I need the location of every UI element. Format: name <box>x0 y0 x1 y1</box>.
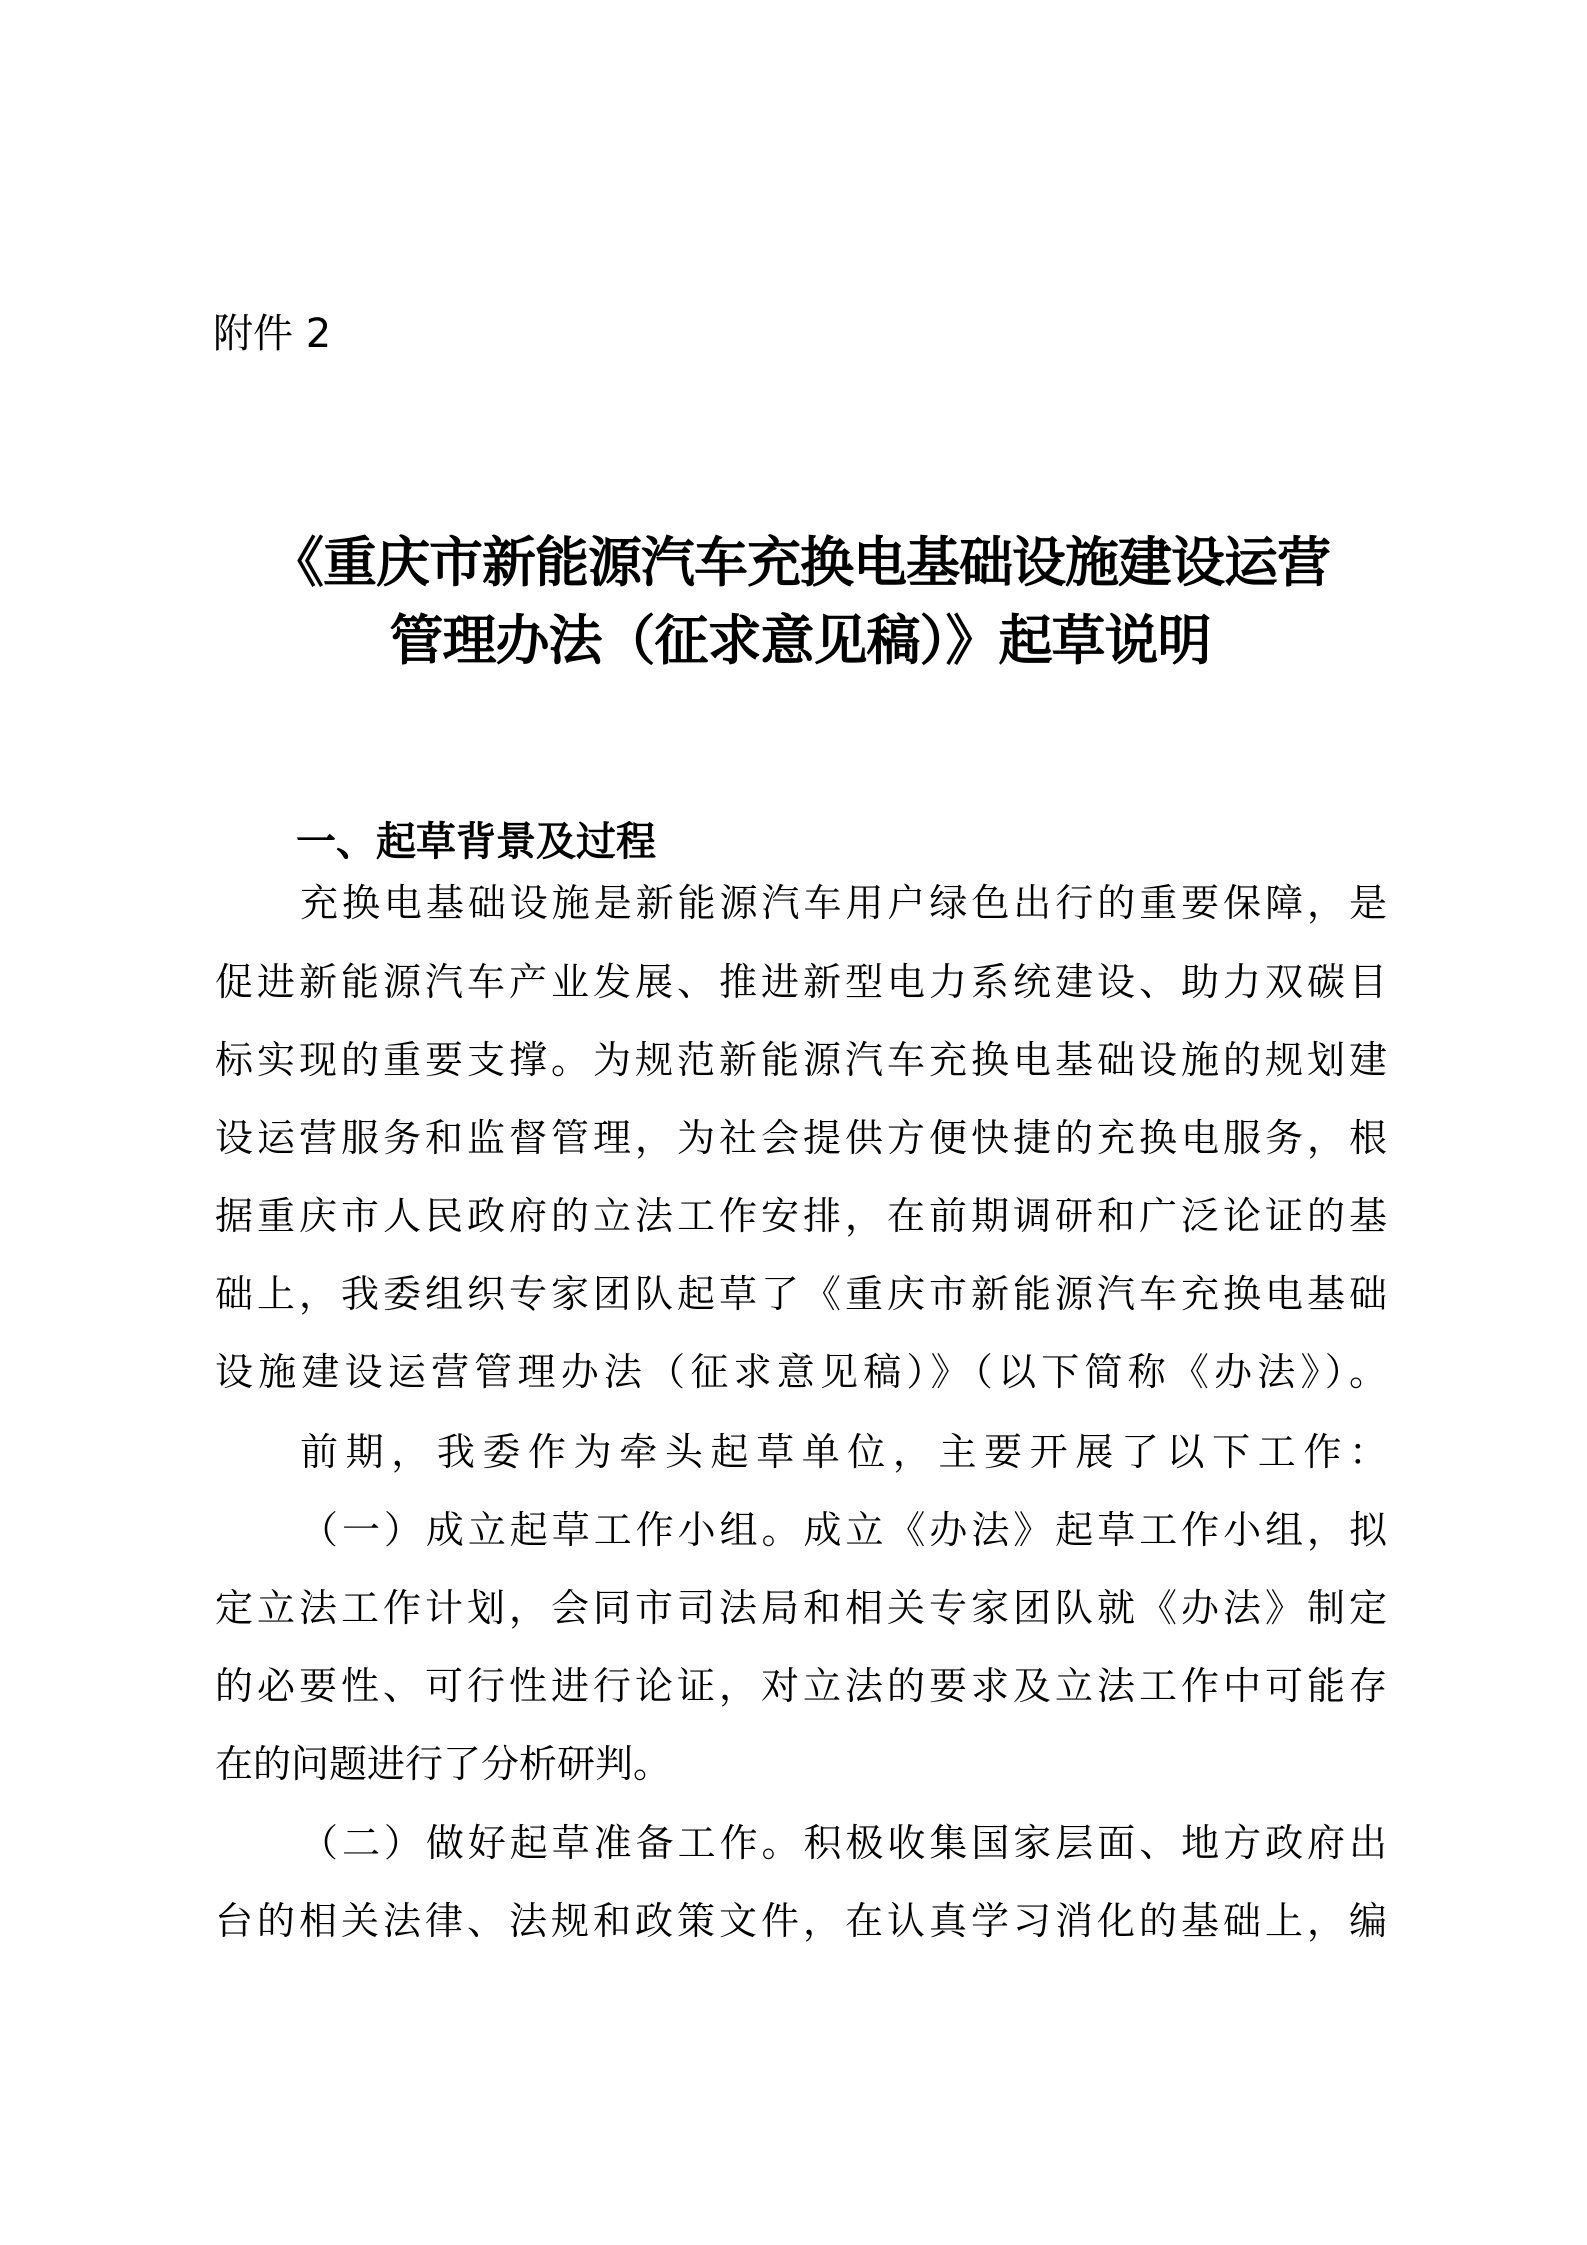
body-text-line: 设运营服务和监督管理，为社会提供方便快捷的充换电服务，根 <box>215 1113 1387 1163</box>
section-heading: 一、起草背景及过程 <box>296 810 656 867</box>
body-text-line: 充换电基础设施是新能源汽车用户绿色出行的重要保障，是 <box>300 878 1387 928</box>
body-text-line: 定立法工作计划，会同市司法局和相关专家团队就《办法》制定 <box>215 1583 1387 1633</box>
body-text-line: 促进新能源汽车产业发展、推进新型电力系统建设、助力双碳目 <box>215 957 1387 1007</box>
body-text-line: 台的相关法律、法规和政策文件，在认真学习消化的基础上，编 <box>215 1896 1387 1946</box>
body-text-line: 前期，我委作为牵头起草单位，主要开展了以下工作： <box>300 1427 1387 1477</box>
body-text-line: 据重庆市人民政府的立法工作安排，在前期调研和广泛论证的基 <box>215 1191 1387 1241</box>
attachment-label: 附件 2 <box>213 310 331 358</box>
body-text-line: 设施建设运营管理办法（征求意见稿）》（以下简称《办法》）。 <box>215 1347 1387 1397</box>
body-text-line: （二）做好起草准备工作。积极收集国家层面、地方政府出 <box>300 1818 1387 1868</box>
document-title-line-1: 《重庆市新能源汽车充换电基础设施建设运营 <box>200 520 1400 597</box>
document-page: 附件 2 《重庆市新能源汽车充换电基础设施建设运营 管理办法（征求意见稿）》起草… <box>0 0 1587 2245</box>
body-text-line: 础上，我委组织专家团队起草了《重庆市新能源汽车充换电基础 <box>215 1269 1387 1319</box>
document-title-line-2: 管理办法（征求意见稿）》起草说明 <box>200 598 1400 675</box>
body-text-line: 的必要性、可行性进行论证，对立法的要求及立法工作中可能存 <box>215 1661 1387 1711</box>
body-text-line: 在的问题进行了分析研判。 <box>215 1739 1387 1789</box>
body-text-line: （一）成立起草工作小组。成立《办法》起草工作小组，拟 <box>300 1505 1387 1555</box>
body-text-line: 标实现的重要支撑。为规范新能源汽车充换电基础设施的规划建 <box>215 1035 1387 1085</box>
